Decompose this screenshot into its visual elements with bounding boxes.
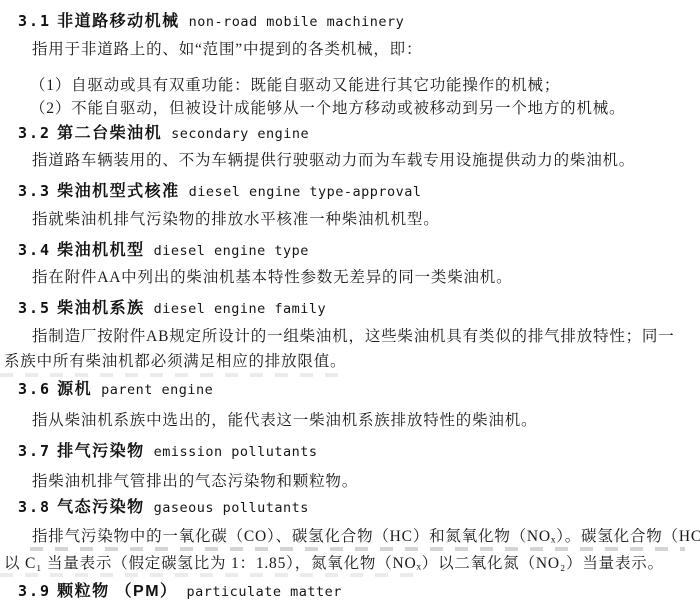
definition-line: 指排气污染物中的一氧化碳（CO）、碳氢化合物（HC）和氮氧化物（NOₓ）。碳氢化…: [32, 527, 700, 547]
section-heading-3-1: 3.1 非道路移动机械 non-road mobile machinery: [18, 8, 404, 31]
definition-line: 指制造厂按附件AB规定所设计的一组柴油机，这些柴油机具有类似的排气排放特性；同一: [32, 327, 675, 347]
section-heading-3-3: 3.3 柴油机型式核准 diesel engine type-approval: [18, 178, 422, 201]
section-number: 3.4: [18, 241, 51, 259]
section-title-zh: 柴油机型式核准: [57, 178, 180, 201]
section-title-en: secondary engine: [171, 126, 309, 142]
definition-line: 指在附件AA中列出的柴油机基本特性参数无差异的同一类柴油机。: [32, 268, 512, 288]
section-title-zh: 柴油机机型: [57, 237, 145, 260]
section-number: 3.1: [18, 12, 51, 30]
section-heading-3-5: 3.5 柴油机系族 diesel engine family: [18, 295, 326, 318]
definition-line: 指用于非道路上的、如“范围”中提到的各类机械，即：: [32, 40, 422, 60]
section-heading-3-6: 3.6 源机 parent engine: [18, 376, 213, 399]
section-title-en: diesel engine family: [154, 301, 327, 317]
section-heading-3-9: 3.9 颗粒物 （PM） particulate matter: [18, 578, 342, 600]
section-number: 3.9: [18, 582, 51, 600]
section-title-en: particulate matter: [187, 584, 342, 600]
section-number: 3.5: [18, 299, 51, 317]
definition-line: 指从柴油机系族中选出的，能代表这一柴油机系族排放特性的柴油机。: [32, 411, 537, 431]
section-title-en: non-road mobile machinery: [189, 14, 405, 30]
section-title-zh: 排气污染物: [57, 438, 145, 461]
section-heading-3-2: 3.2 第二台柴油机 secondary engine: [18, 120, 309, 143]
document-page: 3.1 非道路移动机械 non-road mobile machinery 指用…: [0, 0, 700, 600]
section-heading-3-7: 3.7 排气污染物 emission pollutants: [18, 438, 318, 461]
section-title-en: gaseous pollutants: [154, 500, 309, 516]
section-number: 3.8: [18, 498, 51, 516]
definition-line-continuation: 系族中所有柴油机都必须满足相应的排放限值。: [4, 352, 346, 372]
list-item-2: （2）不能自驱动，但被设计成能够从一个地方移动或被移动到另一个地方的机械。: [30, 99, 625, 119]
definition-line-continuation: 以 C₁ 当量表示（假定碳氢比为 1：1.85），氮氧化物（NOₓ）以二氧化氮（…: [4, 554, 664, 574]
section-title-en: parent engine: [101, 382, 213, 398]
section-title-zh: 源机: [57, 376, 92, 399]
section-title-en: diesel engine type: [154, 243, 309, 259]
section-number: 3.7: [18, 442, 51, 460]
section-title-zh: 柴油机系族: [57, 295, 145, 318]
section-title-zh: 第二台柴油机: [57, 120, 162, 143]
scan-artifact: [30, 547, 685, 551]
scan-artifact: [0, 573, 420, 577]
section-number: 3.3: [18, 182, 51, 200]
list-item-1: （1）自驱动或具有双重功能：既能自驱动又能进行其它功能操作的机械；: [30, 76, 560, 96]
section-number: 3.2: [18, 124, 51, 142]
definition-line: 指柴油机排气管排出的气态污染物和颗粒物。: [32, 472, 358, 492]
section-title-zh: 颗粒物 （PM）: [57, 578, 177, 600]
section-number: 3.6: [18, 380, 51, 398]
section-title-en: emission pollutants: [154, 444, 318, 460]
section-title-en: diesel engine type-approval: [189, 184, 422, 200]
section-title-zh: 非道路移动机械: [57, 8, 180, 31]
section-heading-3-4: 3.4 柴油机机型 diesel engine type: [18, 237, 309, 260]
section-heading-3-8: 3.8 气态污染物 gaseous pollutants: [18, 494, 309, 517]
section-title-zh: 气态污染物: [57, 494, 145, 517]
definition-line: 指道路车辆装用的、不为车辆提供行驶驱动力而为车载专用设施提供动力的柴油机。: [32, 151, 635, 171]
definition-line: 指就柴油机排气污染物的排放水平核准一种柴油机机型。: [32, 210, 440, 230]
